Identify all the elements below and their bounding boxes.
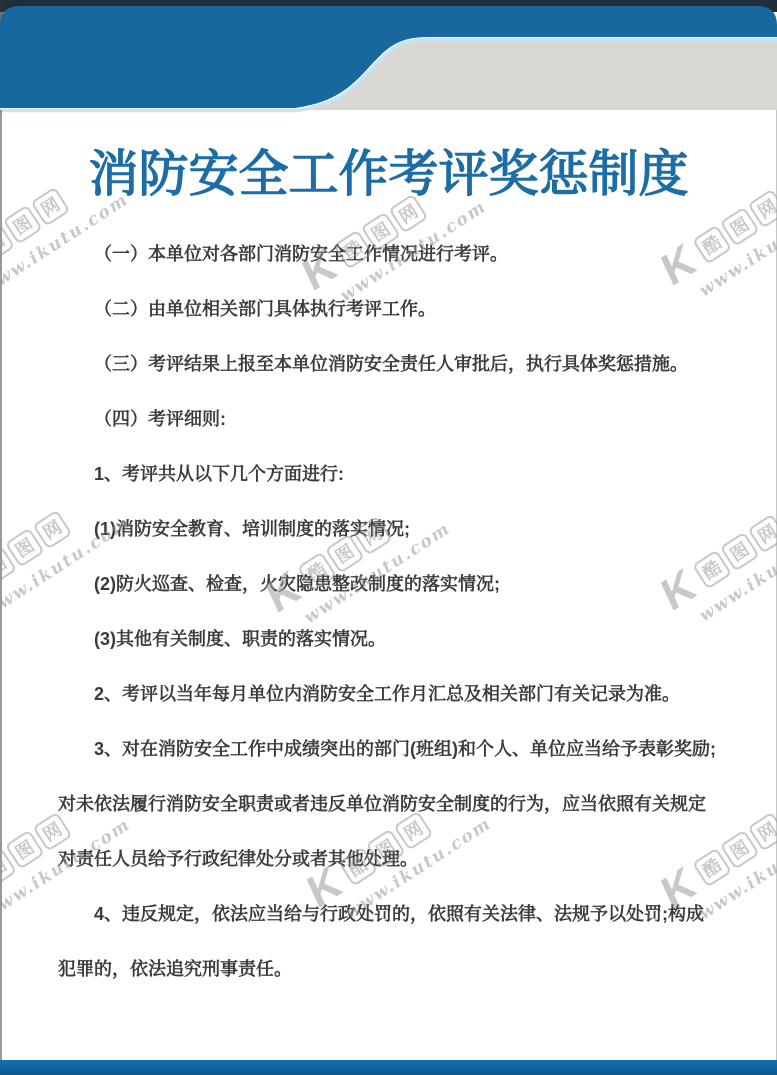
paragraph: （四）考评细则: [58, 392, 720, 447]
paragraph: 2、考评以当年每月单位内消防安全工作月汇总及相关部门有关记录为准。 [58, 667, 720, 722]
paragraph: (3)其他有关制度、职责的落实情况。 [58, 612, 720, 667]
watermark-char-box: 图 [719, 206, 759, 246]
paragraph: 1、考评共从以下几个方面进行: [58, 447, 720, 502]
poster-title: 消防安全工作考评奖惩制度 [0, 144, 777, 204]
paragraph: (1)消防安全教育、培训制度的落实情况; [58, 502, 720, 557]
watermark-char-box: 网 [747, 811, 777, 851]
paragraph: （二）由单位相关部门具体执行考评工作。 [58, 282, 720, 337]
paragraph: (2)防火巡查、检查，火灾隐患整改制度的落实情况; [58, 557, 720, 612]
watermark-char-box: 酷 [0, 545, 17, 585]
footer-bar [0, 1060, 777, 1075]
watermark-char-box: 图 [4, 829, 44, 869]
watermark-char-box: 图 [719, 829, 759, 869]
watermark-char-box: 图 [719, 531, 759, 571]
watermark-char-box: 图 [4, 527, 44, 567]
paragraph: 3、对在消防安全工作中成绩突出的部门(班组)和个人、单位应当给予表彰奖励;对未依… [58, 722, 720, 887]
paragraph: （三）考评结果上报至本单位消防安全责任人审批后，执行具体奖惩措施。 [58, 337, 720, 392]
paragraph: （一）本单位对各部门消防安全工作情况进行考评。 [58, 227, 720, 282]
header-swoosh-graphic [0, 0, 777, 130]
body-text: （一）本单位对各部门消防安全工作情况进行考评。 （二）由单位相关部门具体执行考评… [58, 227, 720, 997]
watermark-char-box: 酷 [0, 222, 15, 262]
watermark-char-box: 酷 [0, 847, 17, 887]
watermark-char-box: 图 [2, 204, 42, 244]
poster-page: 消防安全工作考评奖惩制度 （一）本单位对各部门消防安全工作情况进行考评。 （二）… [0, 0, 777, 1075]
watermark-char-box: 网 [747, 513, 777, 553]
left-edge-line [0, 110, 2, 1060]
paragraph: 4、违反规定，依法应当给与行政处罚的，依照有关法律、法规予以处罚;构成犯罪的，依… [58, 887, 720, 997]
